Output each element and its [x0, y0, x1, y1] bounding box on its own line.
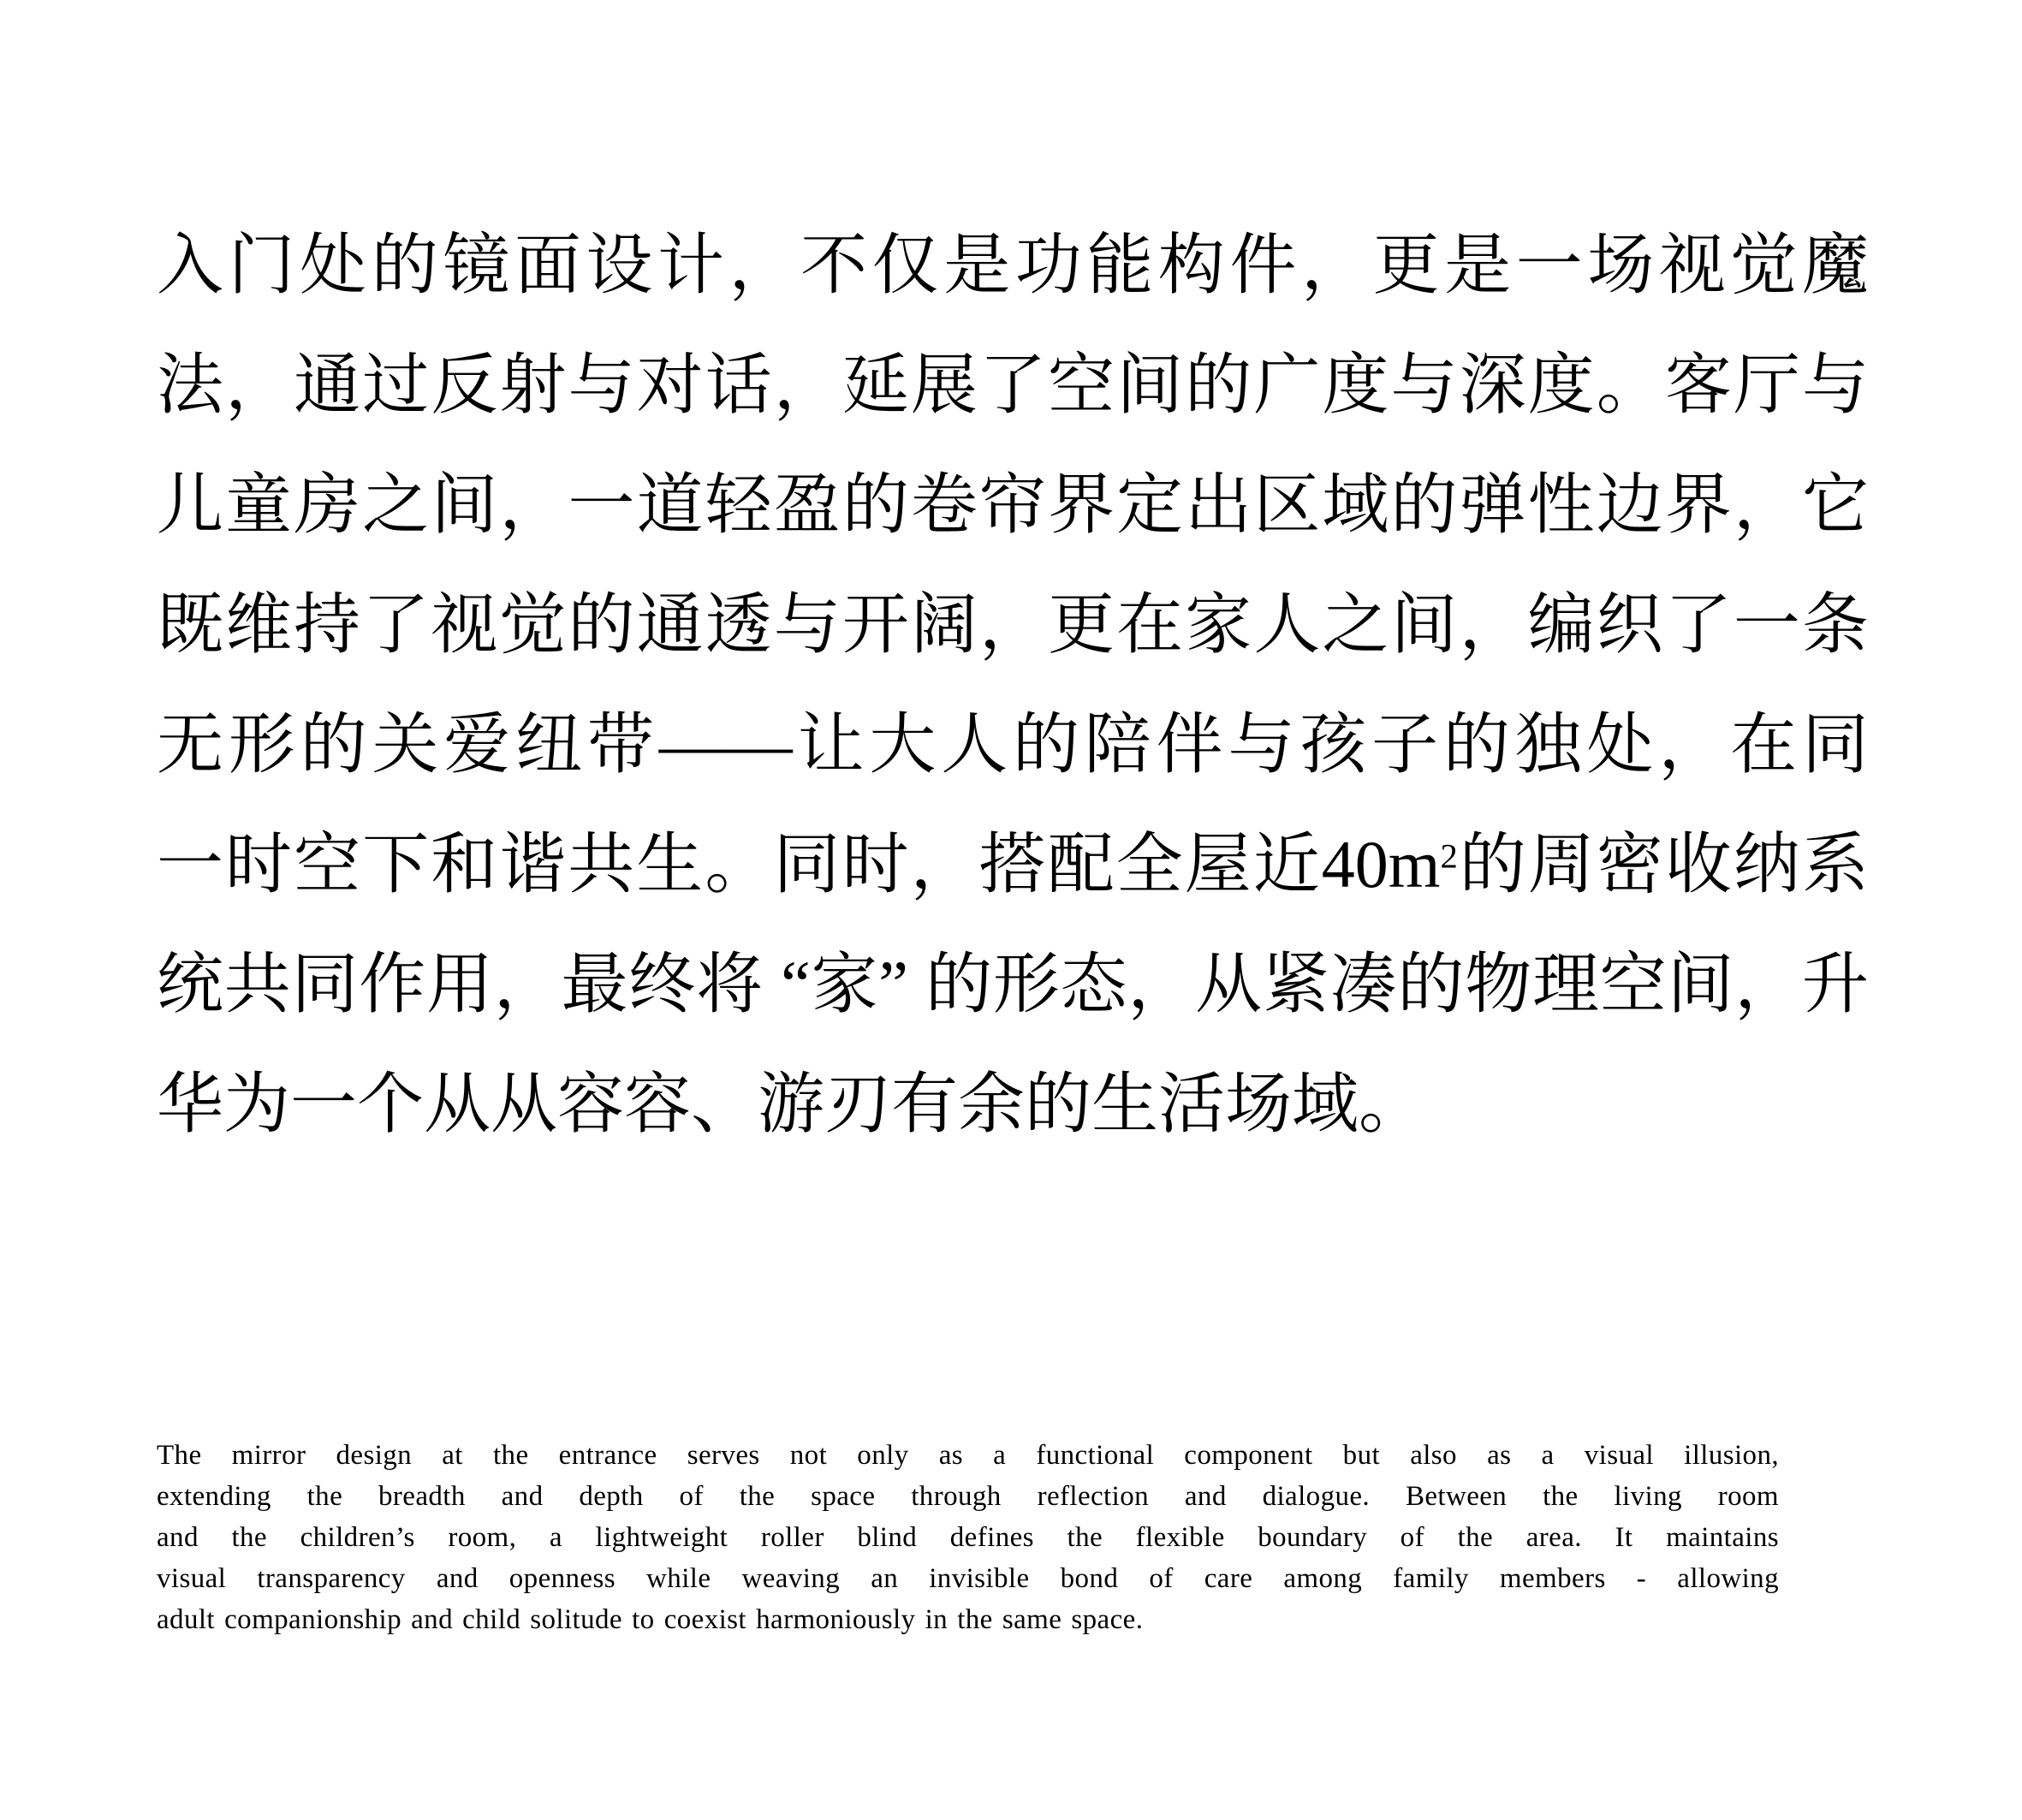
en-line-1: The mirror design at the entrance serves… — [157, 1435, 1779, 1476]
squared-superscript: 2 — [1440, 837, 1457, 876]
en-line-2: extending the breadth and depth of the s… — [157, 1476, 1779, 1517]
zh-line-2: 法，通过反射与对话，延展了空间的广度与深度。客厅与 — [157, 325, 1869, 445]
zh-line-4: 既维持了视觉的通透与开阔，更在家人之间，编织了一条 — [157, 565, 1869, 685]
zh-line-5: 无形的关爱纽带——让大人的陪伴与孩子的独处，在同 — [157, 685, 1869, 805]
english-paragraph: The mirror design at the entrance serves… — [157, 1435, 1779, 1640]
zh-line-6: 一时空下和谐共生。同时，搭配全屋近40m2的周密收纳系 — [157, 805, 1869, 925]
zh-line-3: 儿童房之间，一道轻盈的卷帘界定出区域的弹性边界，它 — [157, 445, 1869, 565]
zh-line-1: 入门处的镜面设计，不仅是功能构件，更是一场视觉魔 — [157, 205, 1869, 325]
zh-line-6-post: 的周密收纳系 — [1458, 827, 1869, 901]
en-line-3: and the children’s room, a lightweight r… — [157, 1517, 1779, 1558]
zh-line-6-pre: 一时空下和谐共生。同时，搭配全屋近40m — [157, 827, 1440, 901]
zh-line-8: 华为一个从从容容、游刃有余的生活场域。 — [157, 1044, 1869, 1164]
chinese-paragraph: 入门处的镜面设计，不仅是功能构件，更是一场视觉魔 法，通过反射与对话，延展了空间… — [157, 205, 1869, 1164]
document-page: 入门处的镜面设计，不仅是功能构件，更是一场视觉魔 法，通过反射与对话，延展了空间… — [0, 0, 2022, 1820]
en-line-5: adult companionship and child solitude t… — [157, 1599, 1779, 1640]
zh-line-7: 统共同作用，最终将 “家” 的形态，从紧凑的物理空间，升 — [157, 925, 1869, 1044]
en-line-4: visual transparency and openness while w… — [157, 1558, 1779, 1599]
